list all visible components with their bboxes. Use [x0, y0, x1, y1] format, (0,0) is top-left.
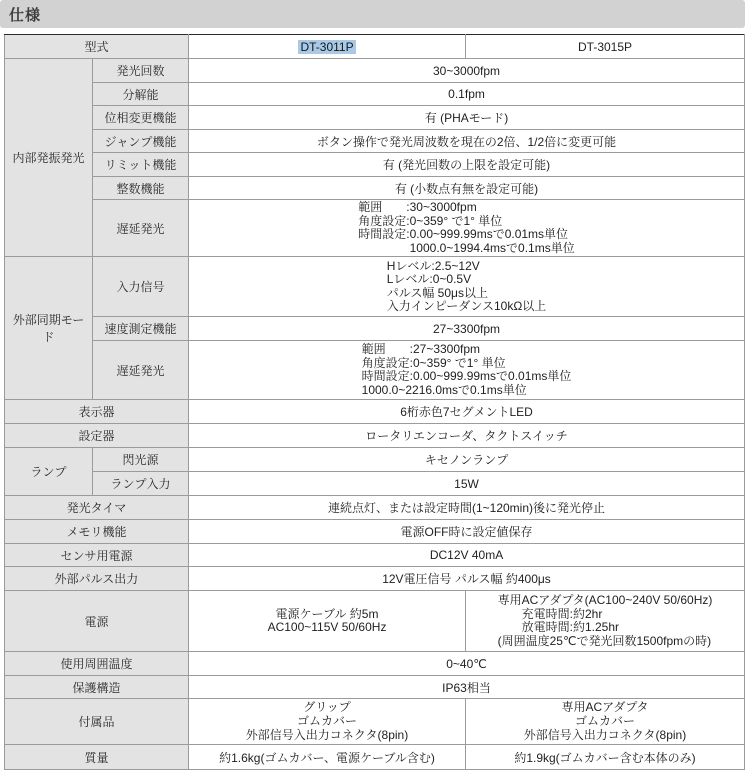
value-input-signal: Hレベル:2.5~12V Lレベル:0~0.5V パルス幅 50μs以上 入力イ… [189, 257, 745, 317]
label-flash-source: 閃光源 [93, 448, 189, 472]
value-power-dt3011p: 電源ケーブル 約5m AC100~115V 50/60Hz [189, 591, 466, 652]
row-flash-rate: 内部発振発光 発光回数 30~3000fpm [5, 59, 745, 83]
external-delay-text: 範囲 :27~3300fpm 角度設定:0~359° で1° 単位 時間設定:0… [362, 343, 572, 397]
value-lamp-input: 15W [189, 472, 745, 496]
row-display: 表示器 6桁赤色7セグメントLED [5, 400, 745, 424]
label-power: 電源 [5, 591, 189, 652]
value-ambient-temp: 0~40℃ [189, 652, 745, 676]
model-dt3015p-cell: DT-3015P [466, 35, 745, 59]
value-external-pulse: 12V電圧信号 パルス幅 約400μs [189, 567, 745, 591]
row-sensor-power: センサ用電源 DC12V 40mA [5, 544, 745, 567]
value-display: 6桁赤色7セグメントLED [189, 400, 745, 424]
row-ambient-temp: 使用周囲温度 0~40℃ [5, 652, 745, 676]
row-input-signal: 外部同期モード 入力信号 Hレベル:2.5~12V Lレベル:0~0.5V パル… [5, 257, 745, 317]
value-sensor-power: DC12V 40mA [189, 544, 745, 567]
power-dt3015p-text: 専用ACアダプタ(AC100~240V 50/60Hz) 充電時間:約2hr 放… [498, 594, 713, 648]
value-external-delay: 範囲 :27~3300fpm 角度設定:0~359° で1° 単位 時間設定:0… [189, 341, 745, 400]
row-setter: 設定器 ロータリエンコーダ、タクトスイッチ [5, 424, 745, 448]
value-internal-delay: 範囲 :30~3000fpm 角度設定:0~359° で1° 単位 時間設定:0… [189, 200, 745, 257]
table-header-row: 型式 DT-3011P DT-3015P [5, 35, 745, 59]
group-external-sync: 外部同期モード [5, 257, 93, 400]
value-flash-timer: 連続点灯、または設定時間(1~120min)後に発光停止 [189, 496, 745, 520]
row-weight: 質量 約1.6kg(ゴムカバー、電源ケーブル含む) 約1.9kg(ゴムカバー含む… [5, 745, 745, 770]
label-external-pulse: 外部パルス出力 [5, 567, 189, 591]
row-flash-timer: 発光タイマ 連続点灯、または設定時間(1~120min)後に発光停止 [5, 496, 745, 520]
model-type-header: 型式 [5, 35, 189, 59]
row-protection: 保護構造 IP63相当 [5, 676, 745, 699]
row-phase-change: 位相変更機能 有 (PHAモード) [5, 106, 745, 130]
group-lamp: ランプ [5, 448, 93, 496]
value-accessories-dt3015p: 専用ACアダプタ ゴムカバー 外部信号入出力コネクタ(8pin) [466, 699, 745, 745]
label-internal-delay: 遅延発光 [93, 200, 189, 257]
label-accessories: 付属品 [5, 699, 189, 745]
value-integer: 有 (小数点有無を設定可能) [189, 177, 745, 200]
internal-delay-text: 範囲 :30~3000fpm 角度設定:0~359° で1° 単位 時間設定:0… [358, 201, 574, 255]
value-limit: 有 (発光回数の上限を設定可能) [189, 153, 745, 177]
value-flash-source: キセノンランプ [189, 448, 745, 472]
label-resolution: 分解能 [93, 83, 189, 106]
label-input-signal: 入力信号 [93, 257, 189, 317]
input-signal-text: Hレベル:2.5~12V Lレベル:0~0.5V パルス幅 50μs以上 入力イ… [387, 260, 547, 314]
row-resolution: 分解能 0.1fpm [5, 83, 745, 106]
label-external-delay: 遅延発光 [93, 341, 189, 400]
label-sensor-power: センサ用電源 [5, 544, 189, 567]
value-protection: IP63相当 [189, 676, 745, 699]
label-flash-timer: 発光タイマ [5, 496, 189, 520]
value-jump: ボタン操作で発光周波数を現在の2倍、1/2倍に変更可能 [189, 130, 745, 153]
value-power-dt3015p: 専用ACアダプタ(AC100~240V 50/60Hz) 充電時間:約2hr 放… [466, 591, 745, 652]
label-display: 表示器 [5, 400, 189, 424]
row-memory: メモリ機能 電源OFF時に設定値保存 [5, 520, 745, 544]
label-protection: 保護構造 [5, 676, 189, 699]
label-weight: 質量 [5, 745, 189, 770]
model-dt3011p-selected-text: DT-3011P [298, 40, 355, 54]
value-memory: 電源OFF時に設定値保存 [189, 520, 745, 544]
row-limit: リミット機能 有 (発光回数の上限を設定可能) [5, 153, 745, 177]
spec-table: 型式 DT-3011P DT-3015P 内部発振発光 発光回数 30~3000… [4, 34, 745, 770]
label-limit: リミット機能 [93, 153, 189, 177]
label-setter: 設定器 [5, 424, 189, 448]
value-accessories-dt3011p: グリップ ゴムカバー 外部信号入出力コネクタ(8pin) [189, 699, 466, 745]
value-flash-rate: 30~3000fpm [189, 59, 745, 83]
label-ambient-temp: 使用周囲温度 [5, 652, 189, 676]
row-speed-measure: 速度測定機能 27~3300fpm [5, 317, 745, 341]
row-internal-delay: 遅延発光 範囲 :30~3000fpm 角度設定:0~359° で1° 単位 時… [5, 200, 745, 257]
value-weight-dt3011p: 約1.6kg(ゴムカバー、電源ケーブル含む) [189, 745, 466, 770]
row-lamp-input: ランプ入力 15W [5, 472, 745, 496]
label-lamp-input: ランプ入力 [93, 472, 189, 496]
page-title-bar: 仕様 [0, 0, 745, 28]
label-speed-measure: 速度測定機能 [93, 317, 189, 341]
model-dt3011p-cell: DT-3011P [189, 35, 466, 59]
row-jump: ジャンプ機能 ボタン操作で発光周波数を現在の2倍、1/2倍に変更可能 [5, 130, 745, 153]
label-integer: 整数機能 [93, 177, 189, 200]
label-jump: ジャンプ機能 [93, 130, 189, 153]
row-flash-source: ランプ 閃光源 キセノンランプ [5, 448, 745, 472]
value-weight-dt3015p: 約1.9kg(ゴムカバー含む本体のみ) [466, 745, 745, 770]
row-external-delay: 遅延発光 範囲 :27~3300fpm 角度設定:0~359° で1° 単位 時… [5, 341, 745, 400]
group-internal-oscillation: 内部発振発光 [5, 59, 93, 257]
value-setter: ロータリエンコーダ、タクトスイッチ [189, 424, 745, 448]
label-phase-change: 位相変更機能 [93, 106, 189, 130]
label-flash-rate: 発光回数 [93, 59, 189, 83]
row-accessories: 付属品 グリップ ゴムカバー 外部信号入出力コネクタ(8pin) 専用ACアダプ… [5, 699, 745, 745]
value-resolution: 0.1fpm [189, 83, 745, 106]
row-power: 電源 電源ケーブル 約5m AC100~115V 50/60Hz 専用ACアダプ… [5, 591, 745, 652]
value-phase-change: 有 (PHAモード) [189, 106, 745, 130]
row-external-pulse: 外部パルス出力 12V電圧信号 パルス幅 約400μs [5, 567, 745, 591]
value-speed-measure: 27~3300fpm [189, 317, 745, 341]
label-memory: メモリ機能 [5, 520, 189, 544]
page-title: 仕様 [0, 4, 41, 25]
row-integer: 整数機能 有 (小数点有無を設定可能) [5, 177, 745, 200]
